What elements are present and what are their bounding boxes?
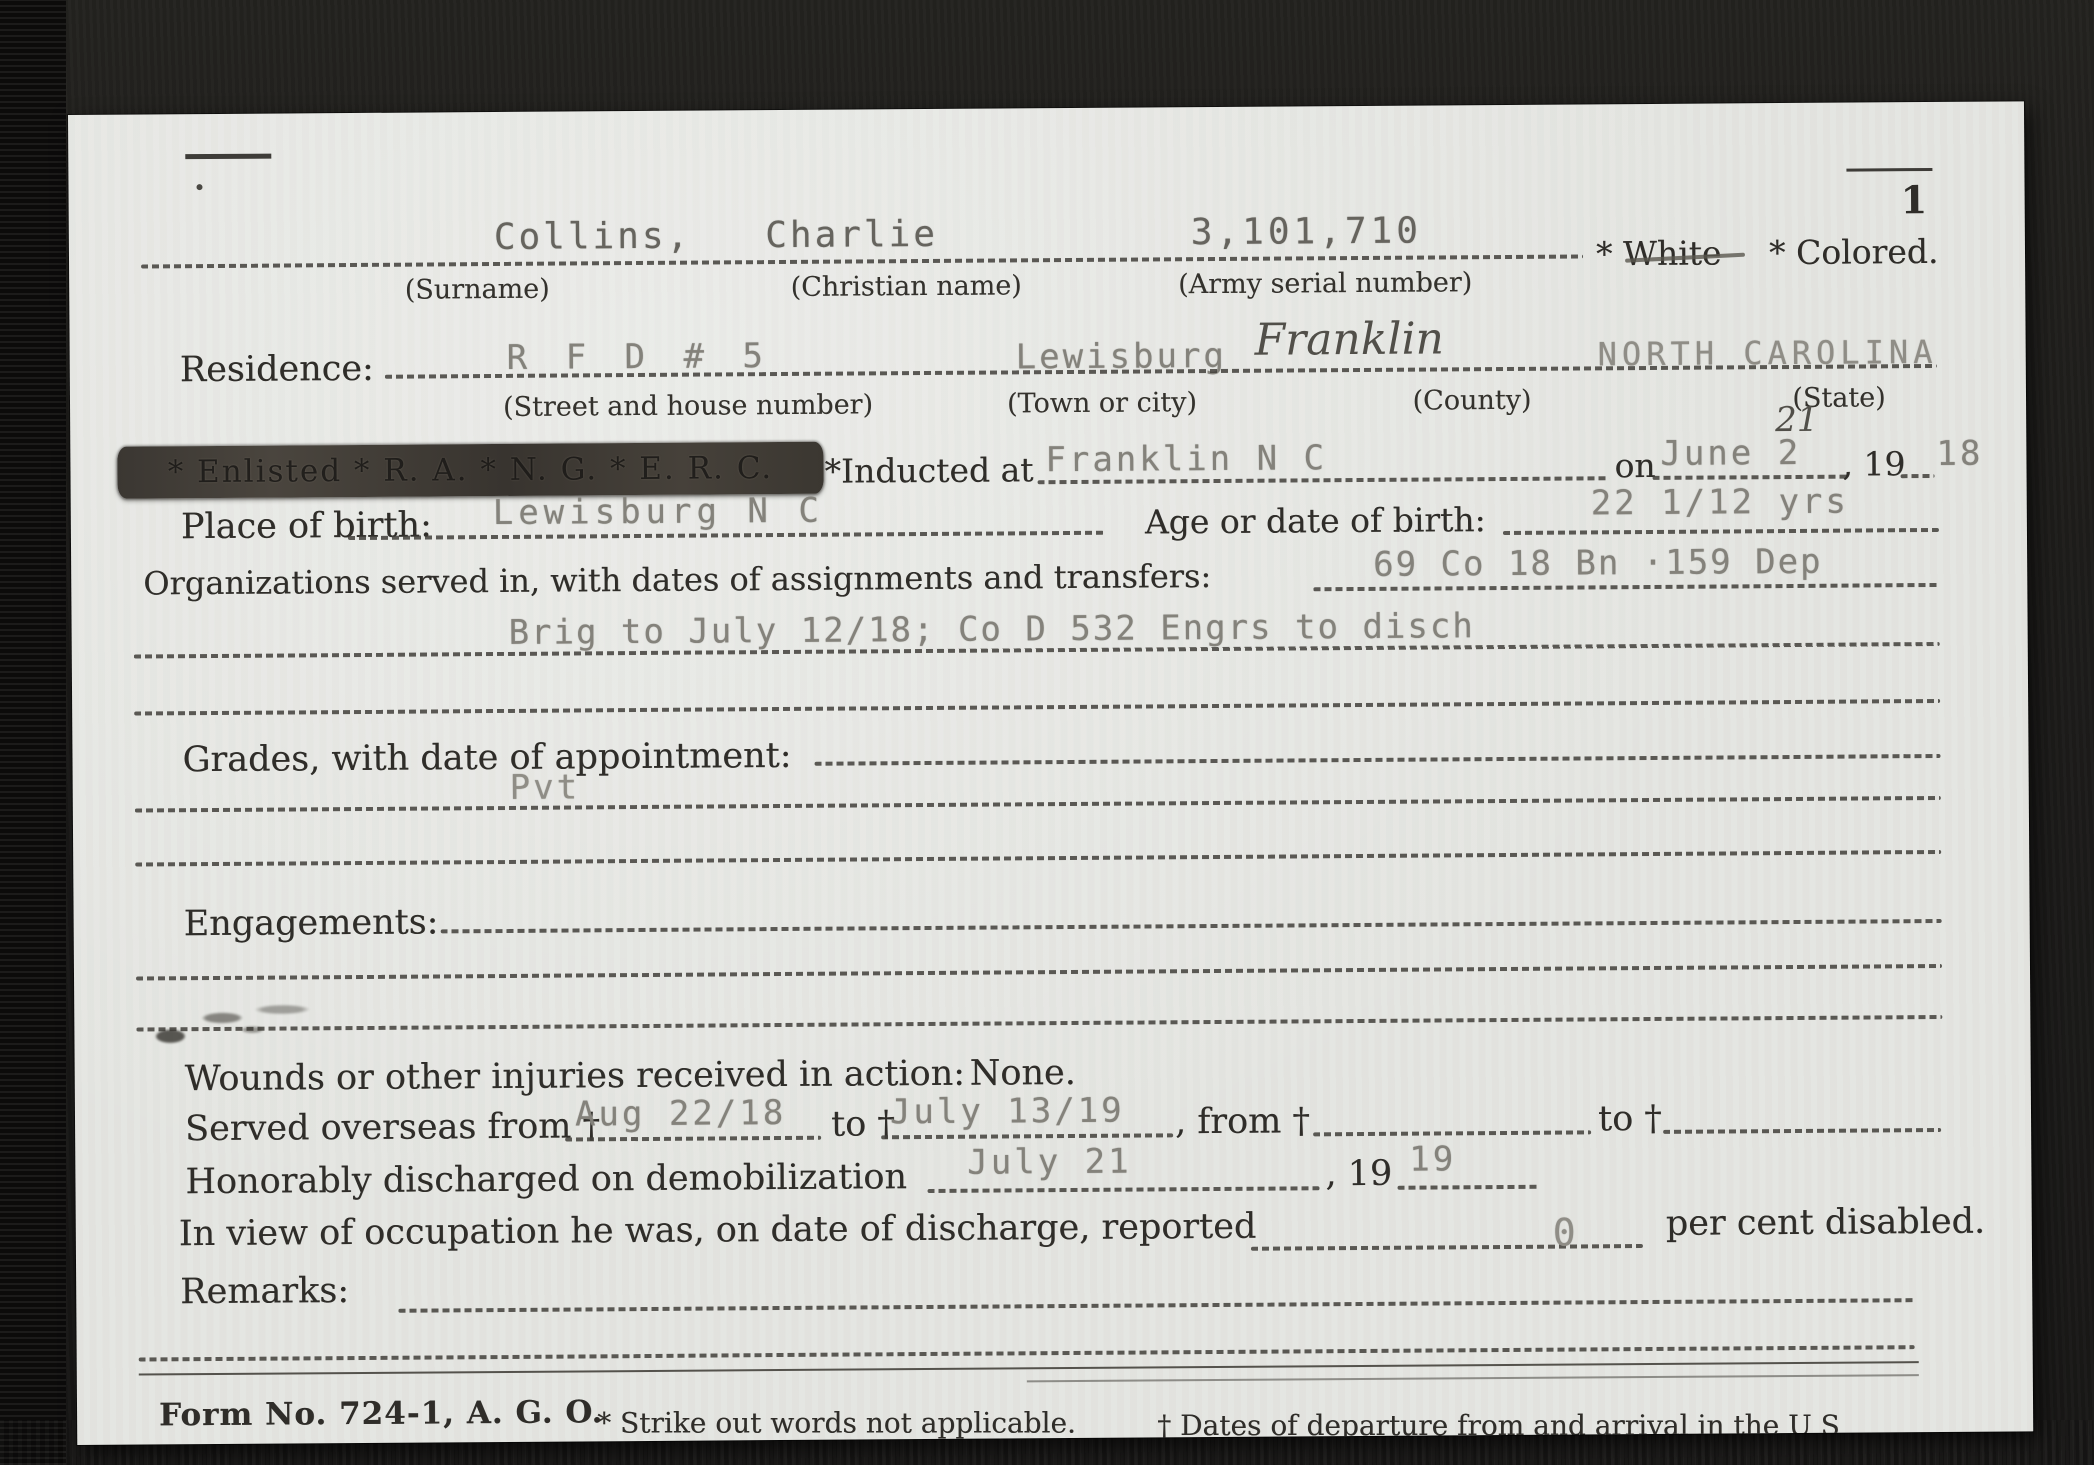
- dotted-line: [136, 964, 1942, 981]
- organizations-label: Organizations served in, with dates of a…: [143, 558, 1211, 602]
- dotted-line: [815, 754, 1941, 766]
- dotted-line: [135, 796, 1941, 813]
- form-number: Form No. 724-1, A. G. O.: [159, 1395, 604, 1434]
- typed-discharge-year: 19: [1409, 1141, 1456, 1179]
- typed-overseas-from1: Aug 22/18: [575, 1095, 786, 1134]
- christian-name-label: (Christian name): [791, 271, 1022, 302]
- wounds-label: Wounds or other injuries received in act…: [185, 1054, 966, 1100]
- residence-label: Residence:: [180, 349, 374, 391]
- handwritten-county: Franklin: [1254, 317, 1444, 362]
- struck-enlistment-text: * Enlisted * R. A. * N. G. * E. R. C.: [168, 450, 774, 490]
- inducted-at-label: *Inducted at: [824, 451, 1033, 490]
- dotted-line: [928, 1186, 1320, 1193]
- typed-serial-number: 3,101,710: [1191, 212, 1422, 253]
- typed-name: Collins, Charlie: [494, 215, 938, 258]
- dotted-line: [1653, 475, 1849, 480]
- dotted-line: [881, 1133, 1173, 1139]
- dotted-line: [398, 1298, 1914, 1313]
- race-option-colored: * Colored.: [1769, 233, 1939, 272]
- dotted-line: [141, 254, 1583, 268]
- county-sublabel: (County): [1412, 386, 1531, 417]
- surname-label: (Surname): [405, 275, 550, 306]
- blacked-out-enlistment-options: * Enlisted * R. A. * N. G. * E. R. C.: [117, 442, 823, 499]
- typed-age: 22 1/12 yrs: [1591, 484, 1849, 523]
- dotted-line: [136, 1015, 1942, 1032]
- dotted-line: [348, 531, 1104, 540]
- dotted-line: [1398, 1185, 1540, 1190]
- dotted-line: [1901, 474, 1935, 478]
- dotted-line: [1313, 1130, 1591, 1136]
- page-number: 1: [1900, 178, 1927, 222]
- grades-label: Grades, with date of appointment:: [182, 736, 791, 781]
- place-of-birth-label: Place of birth:: [181, 505, 432, 547]
- dotted-line: [1251, 1244, 1643, 1251]
- typed-overseas-to1: July 13/19: [890, 1093, 1125, 1132]
- ink-smudge: [152, 995, 342, 1048]
- typed-grade: Pvt: [510, 769, 581, 807]
- typed-induction-place: Franklin N C: [1045, 440, 1327, 479]
- typed-organizations-line1: 69 Co 18 Bn ·159 Dep: [1373, 544, 1823, 585]
- dotted-line: [134, 699, 1940, 716]
- on-label: on: [1614, 447, 1655, 485]
- dotted-line: [139, 1345, 1915, 1361]
- remarks-label: Remarks:: [180, 1271, 349, 1312]
- typed-induction-year: 18: [1936, 436, 1983, 474]
- rule-line: [1027, 1374, 1919, 1382]
- page-number-overline: [1846, 168, 1932, 172]
- wounds-value: None.: [970, 1053, 1076, 1094]
- year-prefix: , 19: [1842, 445, 1905, 483]
- overseas-from-label2: , from †: [1175, 1101, 1310, 1142]
- dotted-line: [565, 1136, 821, 1142]
- town-sublabel: (Town or city): [1007, 388, 1197, 419]
- footnote-strike-out: * Strike out words not applicable.: [597, 1408, 1076, 1440]
- overseas-to-label2: to †: [1598, 1099, 1662, 1140]
- scanned-document-scene: 1 Collins, Charlie 3,101,710 (Surname) (…: [0, 0, 2094, 1465]
- rule-line: [139, 1361, 1919, 1375]
- typed-induction-date: June 2: [1660, 435, 1801, 473]
- typed-birth-place: Lewisburg N C: [493, 493, 824, 533]
- army-serial-label: (Army serial number): [1178, 268, 1472, 300]
- disability-suffix: per cent disabled.: [1666, 1202, 1986, 1244]
- disability-label: In view of occupation he was, on date of…: [179, 1207, 1257, 1255]
- age-label: Age or date of birth:: [1145, 501, 1486, 541]
- dotted-line: [1503, 528, 1939, 535]
- book-binding-strip: [0, 0, 66, 1465]
- dotted-line: [441, 919, 1942, 933]
- dotted-line: [135, 850, 1941, 867]
- typed-disability-percent: 0: [1553, 1212, 1579, 1254]
- ink-speck: [196, 184, 202, 190]
- typed-discharge-date: July 21: [967, 1144, 1132, 1183]
- pen-mark: [185, 154, 271, 160]
- discharge-label: Honorably discharged on demobilization: [185, 1157, 907, 1202]
- overseas-label: Served overseas from †: [185, 1106, 600, 1149]
- discharge-year-prefix: , 19: [1325, 1154, 1392, 1195]
- service-record-card: 1 Collins, Charlie 3,101,710 (Surname) (…: [68, 101, 2033, 1445]
- dotted-line: [1663, 1128, 1941, 1134]
- engagements-label: Engagements:: [184, 902, 439, 944]
- street-sublabel: (Street and house number): [503, 390, 873, 422]
